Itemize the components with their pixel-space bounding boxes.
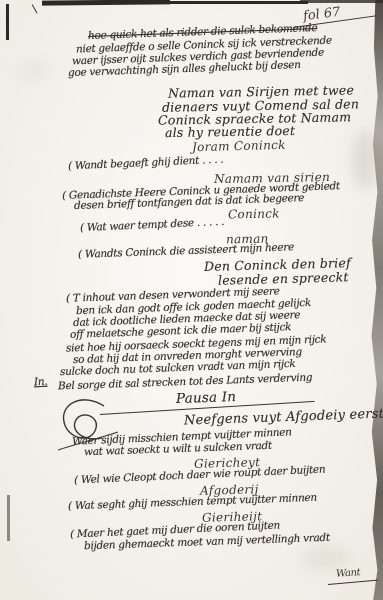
photo-edge-left	[6, 4, 9, 40]
pausa-label: Pausa In	[176, 389, 237, 407]
photo-edge-top	[300, 0, 383, 3]
margin-note: In.	[34, 376, 48, 389]
speaker-name: Coninck	[228, 207, 280, 222]
paper-stain	[300, 545, 350, 571]
catchword: Want	[336, 567, 361, 580]
speaker-name: Joram Coninck	[192, 138, 286, 154]
paper-stain	[20, 60, 50, 82]
photo-edge-left	[7, 495, 10, 541]
photo-edge-top	[168, 1, 308, 4]
